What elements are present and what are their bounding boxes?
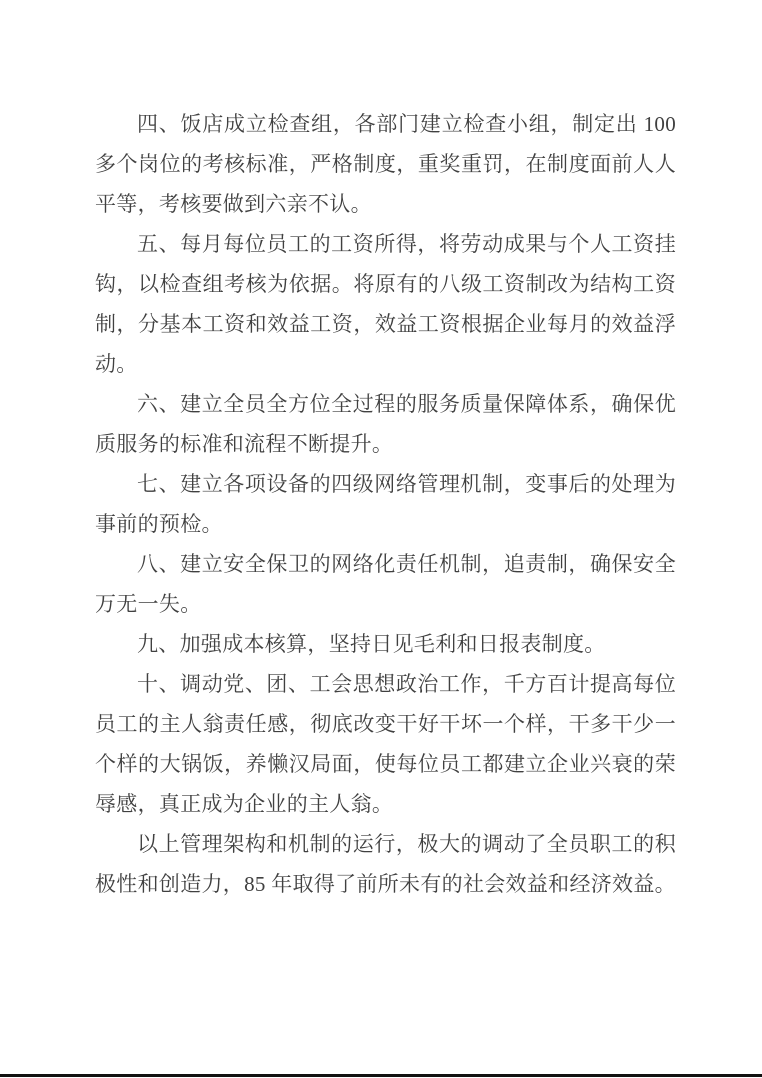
paragraph-item-7: 七、建立各项设备的四级网络管理机制，变事后的处理为事前的预检。 [95, 464, 676, 544]
paragraph-item-10: 十、调动党、团、工会思想政治工作，千方百计提高每位员工的主人翁责任感，彻底改变干… [95, 664, 676, 824]
bottom-border-line [0, 1074, 762, 1077]
paragraph-item-9: 九、加强成本核算，坚持日见毛利和日报表制度。 [95, 624, 676, 664]
paragraph-item-4: 四、饭店成立检查组，各部门建立检查小组，制定出 100 多个岗位的考核标准，严格… [95, 104, 676, 224]
paragraph-item-6: 六、建立全员全方位全过程的服务质量保障体系，确保优质服务的标准和流程不断提升。 [95, 384, 676, 464]
paragraph-item-8: 八、建立安全保卫的网络化责任机制，追责制，确保安全万无一失。 [95, 544, 676, 624]
document-text-block: 四、饭店成立检查组，各部门建立检查小组，制定出 100 多个岗位的考核标准，严格… [95, 104, 676, 904]
paragraph-item-5: 五、每月每位员工的工资所得，将劳动成果与个人工资挂钩，以检查组考核为依据。将原有… [95, 224, 676, 384]
paragraph-closing: 以上管理架构和机制的运行，极大的调动了全员职工的积极性和创造力，85 年取得了前… [95, 824, 676, 904]
document-page: 四、饭店成立检查组，各部门建立检查小组，制定出 100 多个岗位的考核标准，严格… [0, 0, 762, 1078]
